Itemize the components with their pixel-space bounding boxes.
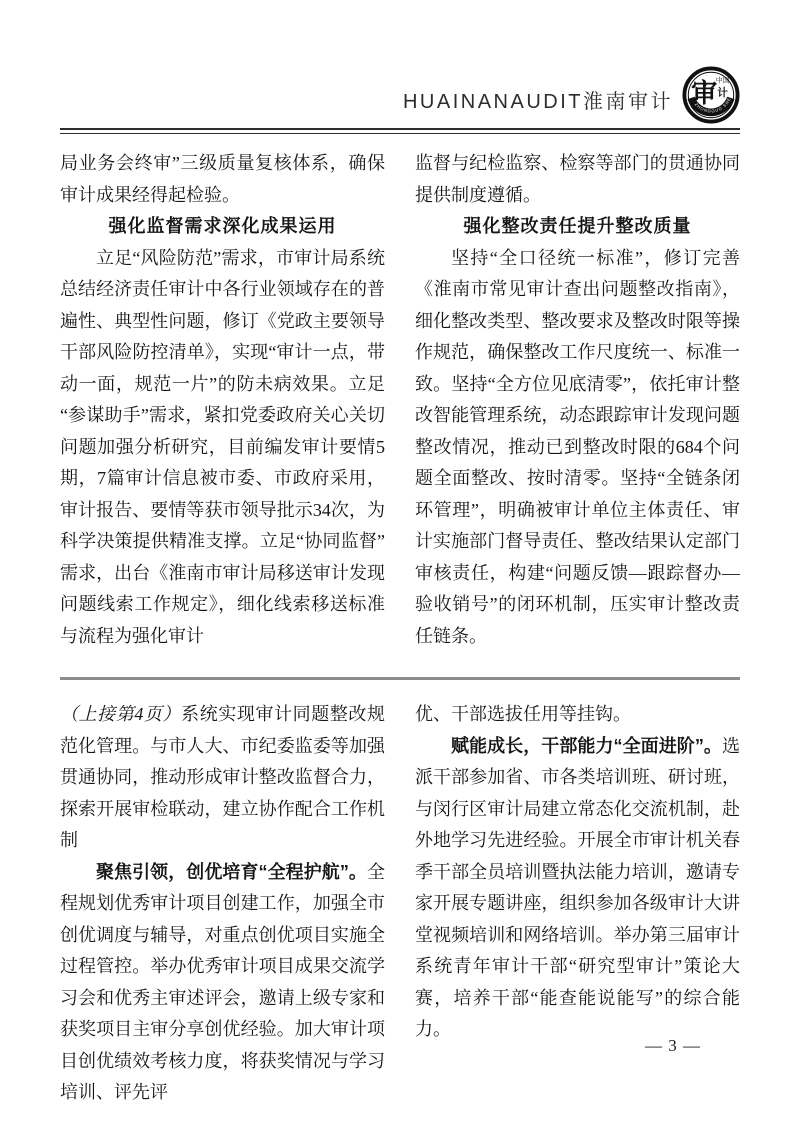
page-content: 局业务会终审”三级质量复核体系，确保审计成果经得起检验。强化监督需求深化成果运用… (60, 148, 740, 1109)
paragraph: 局业务会终审”三级质量复核体系，确保审计成果经得起检验。 (60, 148, 385, 211)
masthead-title: HUAINANAUDIT淮南审计 (403, 85, 673, 114)
seal-second-char: 计 (717, 86, 728, 99)
seal-big-char: 审 (691, 78, 717, 108)
paragraph-bold-lead: 聚焦引领，创优培育“全程护航”。 (96, 862, 367, 882)
paragraph: 立足“风险防范”需求，市审计局系统总结经济责任审计中各行业领域存在的普遍性、典型… (60, 243, 385, 653)
bottom-section: （上接第4页）系统实现审计同题整改规范化管理。与市人大、市纪委监委等加强贯通协同… (60, 699, 740, 1109)
page-number: — 3 — (645, 1036, 701, 1056)
section-heading: 强化整改责任提升整改质量 (415, 211, 740, 243)
paragraph-bold-lead: 赋能成长，干部能力“全面进阶”。 (451, 736, 722, 756)
paragraph: 监督与纪检监察、检察等部门的贯通协同提供制度遵循。 (415, 148, 740, 211)
masthead-row: HUAINANAUDIT淮南审计 审 中国 计 ZHONGGUO SHENJI (60, 0, 740, 124)
header-double-rule (60, 128, 740, 134)
paragraph: 优、干部选拔任用等挂钩。 (415, 699, 740, 731)
article-divider (60, 677, 740, 680)
paragraph: 聚焦引领，创优培育“全程护航”。全程规划优秀审计项目创建工作，加强全市创优调度与… (60, 857, 385, 1109)
magazine-page: HUAINANAUDIT淮南审计 审 中国 计 ZHONGGUO SHENJI … (0, 0, 793, 1122)
page-header: HUAINANAUDIT淮南审计 审 中国 计 ZHONGGUO SHENJI (60, 0, 740, 134)
seal-small-chars: 中国 (716, 75, 730, 84)
paragraph: （上接第4页）系统实现审计同题整改规范化管理。与市人大、市纪委监委等加强贯通协同… (60, 699, 385, 857)
paragraph: 坚持“全口径统一标准”，修订完善《淮南市常见审计查出问题整改指南》，细化整改类型… (415, 243, 740, 653)
section-heading: 强化监督需求深化成果运用 (60, 211, 385, 243)
top-section: 局业务会终审”三级质量复核体系，确保审计成果经得起检验。强化监督需求深化成果运用… (60, 148, 740, 652)
bottom-left-column: （上接第4页）系统实现审计同题整改规范化管理。与市人大、市纪委监委等加强贯通协同… (60, 699, 385, 1109)
paragraph: 赋能成长，干部能力“全面进阶”。选派干部参加省、市各类培训班、研讨班，与闵行区审… (415, 731, 740, 1046)
audit-seal-logo: 审 中国 计 ZHONGGUO SHENJI (682, 66, 740, 124)
top-left-column: 局业务会终审”三级质量复核体系，确保审计成果经得起检验。强化监督需求深化成果运用… (60, 148, 385, 652)
audit-seal-icon: 审 中国 计 ZHONGGUO SHENJI (682, 66, 740, 124)
continued-from-note: （上接第4页） (60, 704, 181, 724)
top-right-column: 监督与纪检监察、检察等部门的贯通协同提供制度遵循。强化整改责任提升整改质量坚持“… (415, 148, 740, 652)
